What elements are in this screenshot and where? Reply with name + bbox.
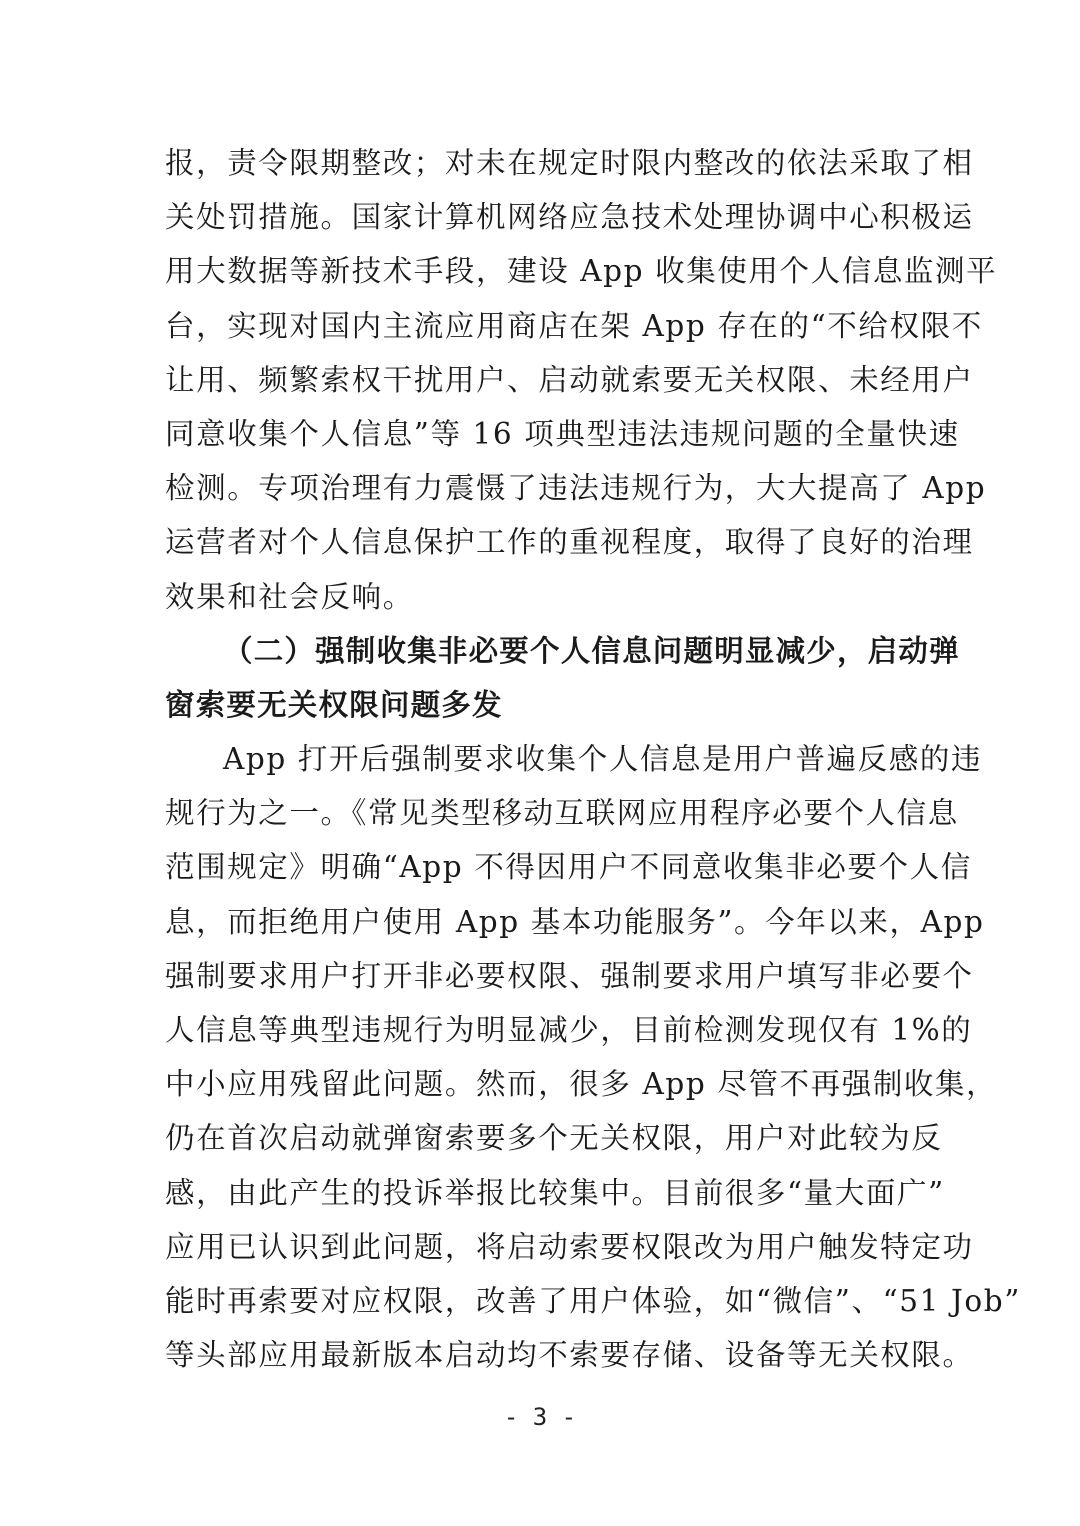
text-line: 等头部应用最新版本启动均不索要存储、设备等无关权限。 (165, 1328, 915, 1382)
text-line: 范围规定》明确“App 不得因用户不同意收集非必要个人信 (165, 840, 915, 894)
section-heading: （二）强制收集非必要个人信息问题明显减少，启动弹 窗索要无关权限问题多发 (165, 624, 915, 732)
text-line: 感，由此产生的投诉举报比较集中。目前很多“量大面广” (165, 1166, 915, 1220)
text-line: 强制要求用户打开非必要权限、强制要求用户填写非必要个 (165, 949, 915, 1003)
text-line: 关处罚措施。国家计算机网络应急技术处理协调中心积极运 (165, 190, 915, 244)
text-line: 仍在首次启动就弹窗索要多个无关权限，用户对此较为反 (165, 1111, 915, 1165)
text-line: 用大数据等新技术手段，建设 App 收集使用个人信息监测平 (165, 244, 915, 298)
text-line: 检测。专项治理有力震慑了违法违规行为，大大提高了 App (165, 461, 915, 515)
text-line: 能时再索要对应权限，改善了用户体验，如“微信”、“51 Job” (165, 1274, 915, 1328)
text-line: 让用、频繁索权干扰用户、启动就索要无关权限、未经用户 (165, 353, 915, 407)
paragraph-enforcement: 报，责令限期整改；对未在规定时限内整改的依法采取了相 关处罚措施。国家计算机网络… (165, 136, 915, 624)
text-line: 效果和社会反响。 (165, 570, 915, 624)
text-line: 中小应用残留此问题。然而，很多 App 尽管不再强制收集， (165, 1057, 915, 1111)
document-page: 报，责令限期整改；对未在规定时限内整改的依法采取了相 关处罚措施。国家计算机网络… (165, 136, 915, 1382)
text-line: 人信息等典型违规行为明显减少，目前检测发现仅有 1%的 (165, 1003, 915, 1057)
text-line: 同意收集个人信息”等 16 项典型违法违规问题的全量快速 (165, 407, 915, 461)
text-line: 台，实现对国内主流应用商店在架 App 存在的“不给权限不 (165, 299, 915, 353)
text-line: 规行为之一。《常见类型移动互联网应用程序必要个人信息 (165, 786, 915, 840)
paragraph-permissions: App 打开后强制要求收集个人信息是用户普遍反感的违 规行为之一。《常见类型移动… (165, 732, 915, 1382)
text-line: 运营者对个人信息保护工作的重视程度，取得了良好的治理 (165, 515, 915, 569)
text-line: App 打开后强制要求收集个人信息是用户普遍反感的违 (165, 732, 915, 786)
text-line: 报，责令限期整改；对未在规定时限内整改的依法采取了相 (165, 136, 915, 190)
heading-line: 窗索要无关权限问题多发 (165, 678, 915, 732)
heading-line: （二）强制收集非必要个人信息问题明显减少，启动弹 (165, 624, 915, 678)
text-line: 息，而拒绝用户使用 App 基本功能服务”。今年以来，App (165, 895, 915, 949)
text-line: 应用已认识到此问题，将启动索要权限改为用户触发特定功 (165, 1220, 915, 1274)
page-number: - 3 - (0, 1403, 1080, 1431)
